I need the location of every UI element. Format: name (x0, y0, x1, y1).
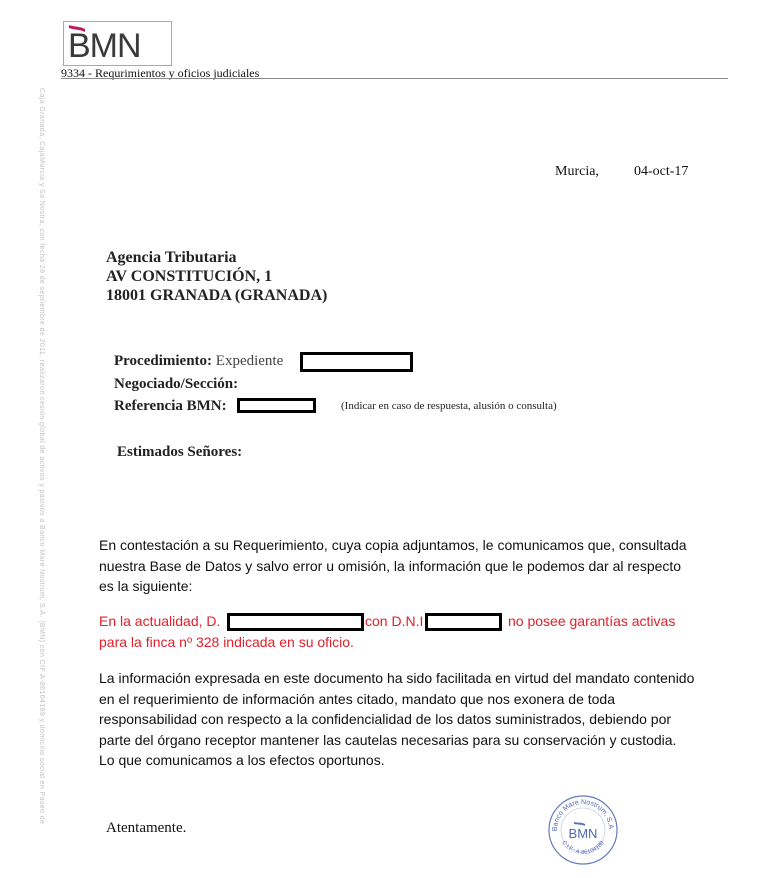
header-divider (61, 78, 728, 79)
disclaimer-text: La información expresada en este documen… (99, 668, 699, 750)
svg-text:C.I.F.: A-86104189: C.I.F.: A-86104189 (560, 840, 606, 856)
bmn-logo: BMN (63, 21, 172, 66)
procedimiento-label: Procedimiento: (114, 353, 212, 369)
finding-paragraph: En la actualidad, D. con D.N.I no posee … (99, 611, 699, 652)
redacted-name (227, 613, 364, 631)
procedimiento-value: Expediente (216, 353, 283, 369)
closing-line: Lo que comunicamos a los efectos oportun… (99, 750, 699, 771)
intro-paragraph: En contestación a su Requerimiento, cuya… (99, 535, 699, 597)
redacted-dni (425, 613, 502, 631)
logo-text: BMN (68, 26, 141, 66)
recipient-name: Agencia Tributaria (106, 248, 327, 267)
stamp-center-text: BMN (569, 826, 598, 841)
referencia-label: Referencia BMN: (114, 398, 227, 414)
recipient-city: 18001 GRANADA (GRANADA) (106, 286, 327, 305)
finding-part3: no posee garantías activas (508, 611, 675, 632)
negociado-row: Negociado/Sección: (114, 376, 238, 393)
greeting: Estimados Señores: (117, 444, 242, 461)
letter-place: Murcia, (555, 164, 599, 180)
finding-part2: con D.N.I (365, 611, 423, 632)
procedimiento-row: Procedimiento: Expediente (114, 353, 283, 370)
recipient-address: Agencia Tributaria AV CONSTITUCIÓN, 1 18… (106, 248, 327, 305)
company-stamp: Banco Mare Nostrum, S.A. BMN C.I.F.: A-8… (547, 794, 619, 866)
redacted-referencia (237, 398, 316, 413)
referencia-note: (Indicar en caso de respuesta, alusión o… (341, 400, 557, 412)
stamp-bottom-text: C.I.F.: A-86104189 (560, 840, 606, 856)
closing-signoff: Atentamente. (106, 820, 186, 837)
redacted-expediente (300, 352, 413, 372)
negociado-label: Negociado/Sección: (114, 376, 238, 392)
disclaimer-paragraph: La información expresada en este documen… (99, 668, 699, 771)
referencia-row: Referencia BMN: (114, 398, 227, 415)
side-legal-notice: Caja Granada, CajaMurcia y Sa Nostra, co… (37, 88, 45, 878)
finding-line2: para la finca nº 328 indicada en su ofic… (99, 632, 699, 653)
finding-part1: En la actualidad, D. (99, 613, 220, 629)
recipient-street: AV CONSTITUCIÓN, 1 (106, 267, 327, 286)
letter-date: 04-oct-17 (634, 164, 688, 180)
